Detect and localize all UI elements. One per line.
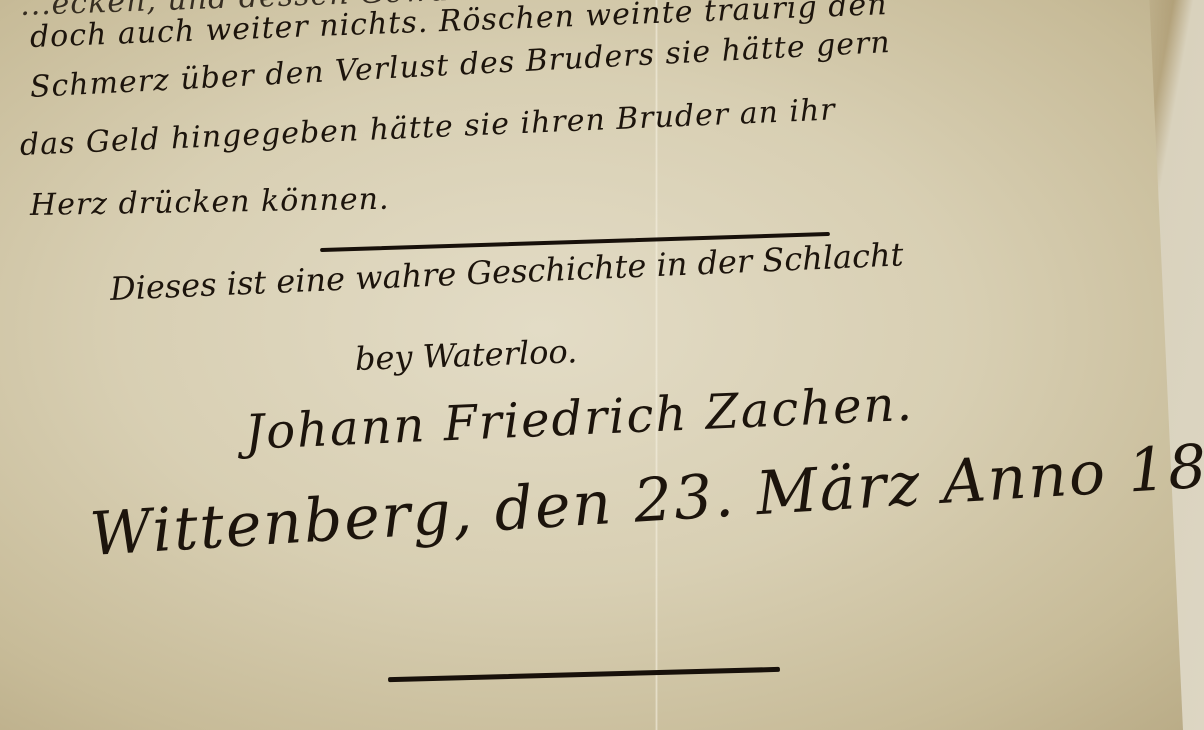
closing-note-line-2: bey Waterloo. bbox=[354, 332, 578, 378]
handwritten-line-5: Herz drücken können. bbox=[30, 182, 390, 223]
